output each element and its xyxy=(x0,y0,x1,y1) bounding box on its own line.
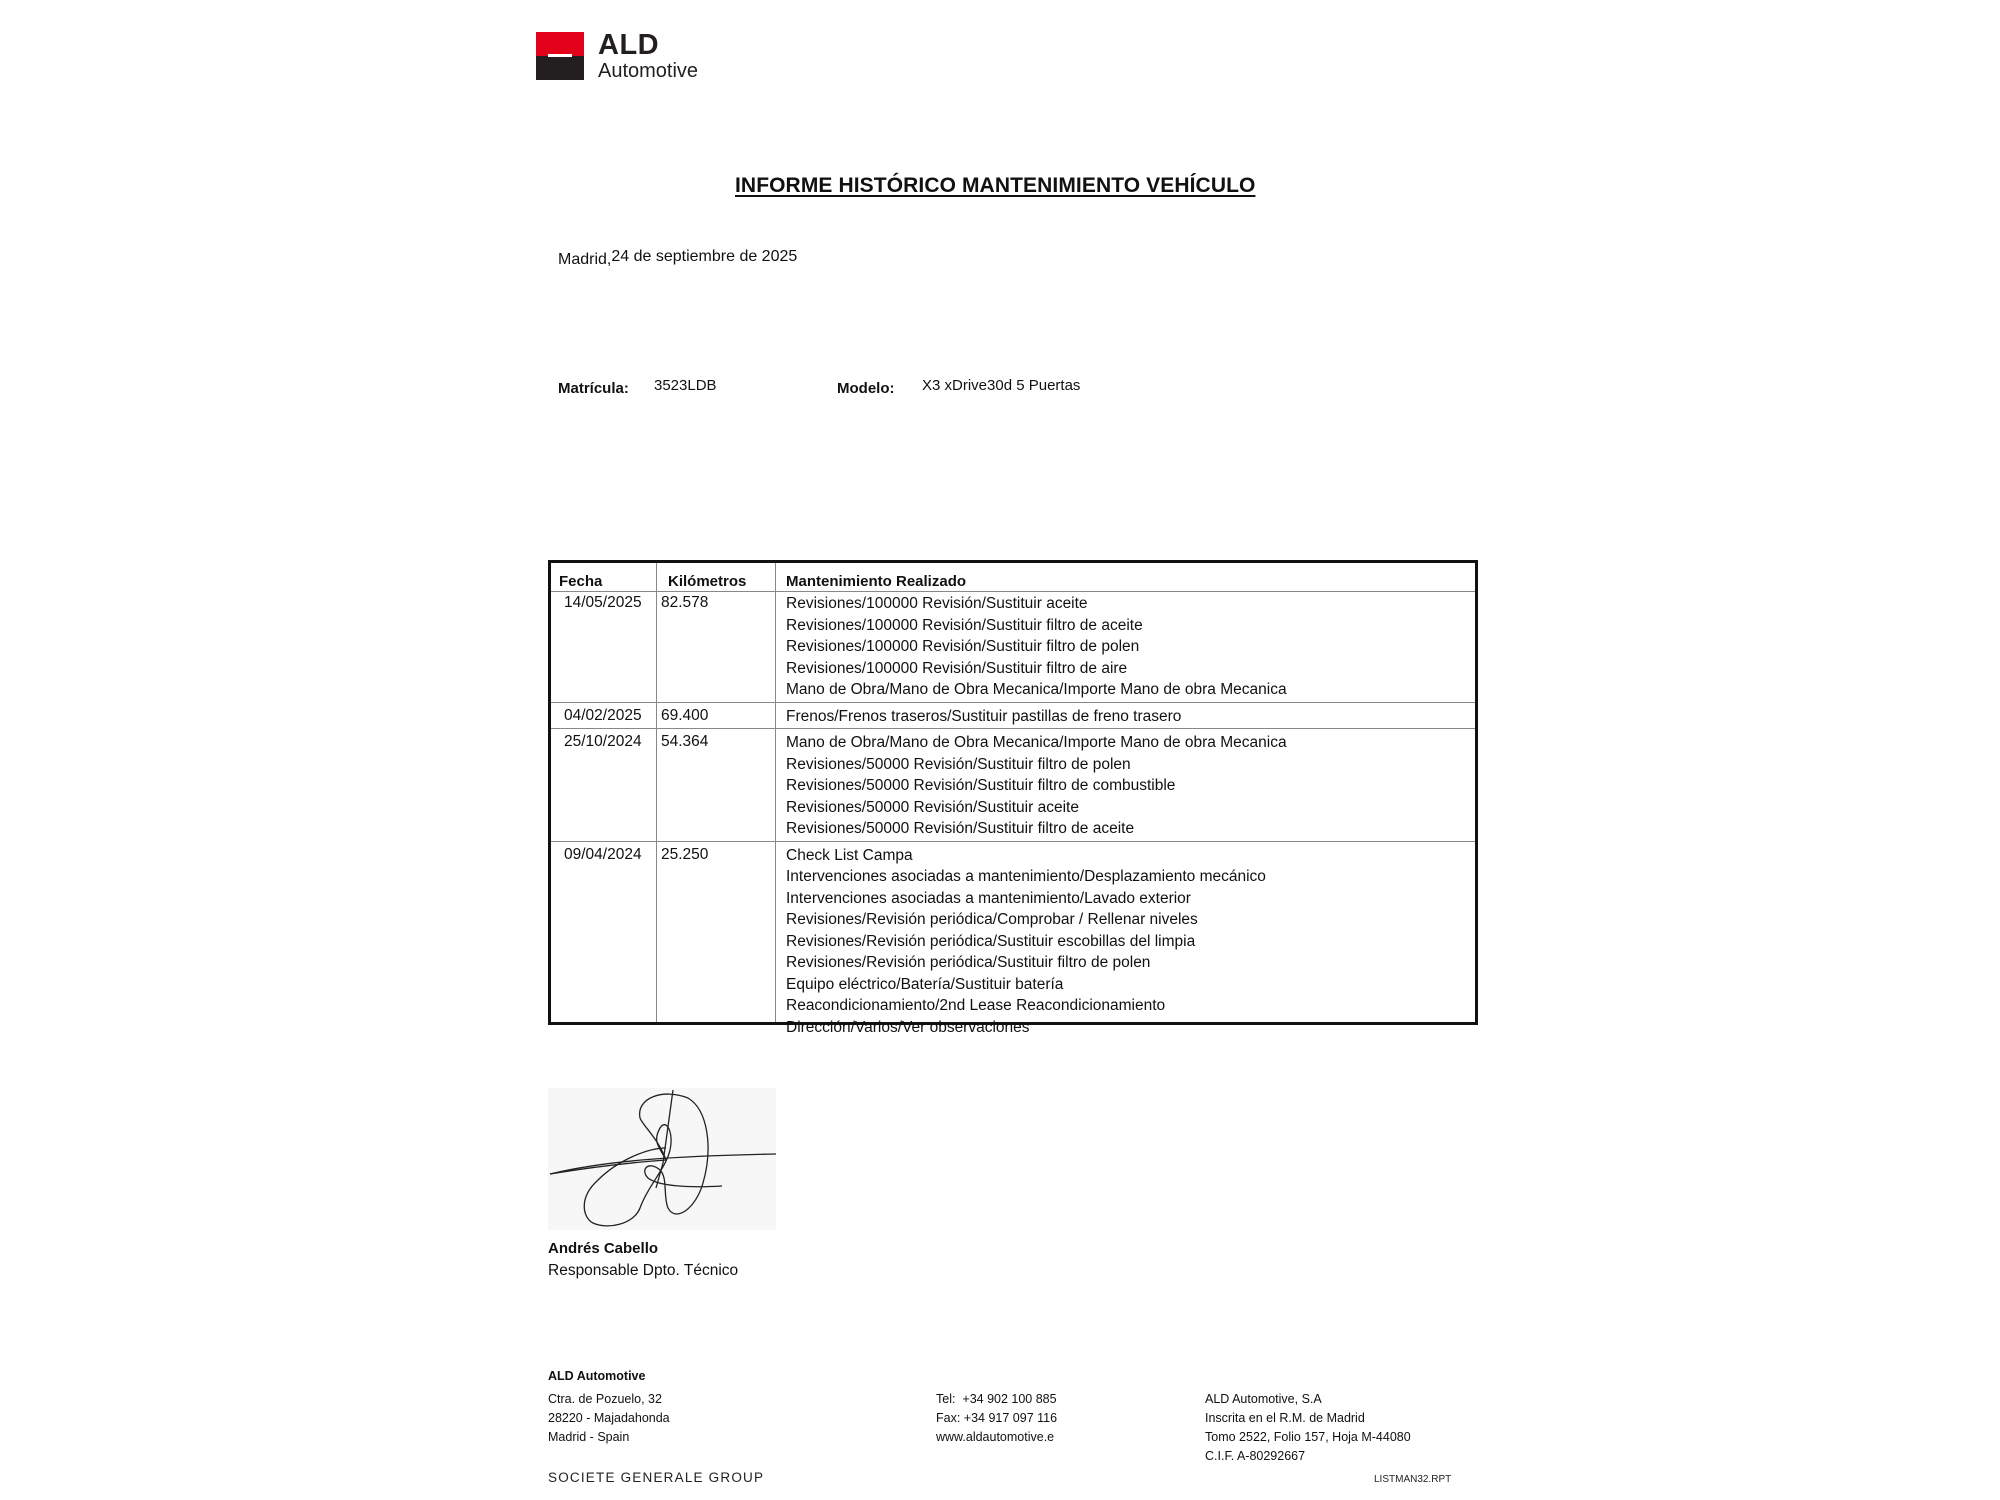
logo-text-ald: ALD xyxy=(598,29,659,61)
row-kilometers: 82.578 xyxy=(661,592,708,614)
societe-generale-mark-icon xyxy=(536,32,584,80)
maintenance-item: Revisiones/Revisión periódica/Comprobar … xyxy=(786,909,1266,931)
model-value: X3 xDrive30d 5 Puertas xyxy=(922,377,1080,394)
column-divider xyxy=(656,563,657,1022)
footer-contact: Tel: +34 902 100 885 Fax: +34 917 097 11… xyxy=(936,1390,1057,1447)
plate-label: Matrícula: xyxy=(558,380,629,397)
report-code: LISTMAN32.RPT xyxy=(1374,1474,1451,1485)
handwritten-signature-icon xyxy=(548,1088,776,1230)
maintenance-item: Check List Campa xyxy=(786,845,1266,867)
maintenance-item: Intervenciones asociadas a mantenimiento… xyxy=(786,888,1266,910)
column-divider xyxy=(775,563,776,1022)
maintenance-item: Equipo eléctrico/Batería/Sustituir bater… xyxy=(786,974,1266,996)
model-label: Modelo: xyxy=(837,380,895,397)
footer-address: Ctra. de Pozuelo, 32 28220 - Majadahonda… xyxy=(548,1390,670,1447)
footer-phone: Tel: +34 902 100 885 xyxy=(936,1390,1057,1409)
report-date: 24 de septiembre de 2025 xyxy=(611,248,797,265)
row-maintenance-items: Check List CampaIntervenciones asociadas… xyxy=(786,845,1266,1039)
societe-generale-group-label: SOCIETE GENERALE GROUP xyxy=(548,1470,764,1485)
row-date: 04/02/2025 xyxy=(564,705,642,727)
maintenance-item: Revisiones/100000 Revisión/Sustituir ace… xyxy=(786,593,1287,615)
maintenance-item: Revisiones/Revisión periódica/Sustituir … xyxy=(786,952,1266,974)
footer-fax: Fax: +34 917 097 116 xyxy=(936,1409,1057,1428)
maintenance-item: Dirección/Varios/Ver observaciones xyxy=(786,1017,1266,1039)
maintenance-item: Revisiones/50000 Revisión/Sustituir filt… xyxy=(786,754,1287,776)
maintenance-history-table: Fecha Kilómetros Mantenimiento Realizado… xyxy=(548,560,1478,1025)
signatory-role: Responsable Dpto. Técnico xyxy=(548,1262,738,1280)
row-kilometers: 54.364 xyxy=(661,731,708,753)
maintenance-item: Revisiones/100000 Revisión/Sustituir fil… xyxy=(786,658,1287,680)
row-date: 09/04/2024 xyxy=(564,844,642,866)
header-kilometros: Kilómetros xyxy=(668,573,746,590)
footer-website-link[interactable]: www.aldautomotive.e xyxy=(936,1428,1057,1447)
row-date: 25/10/2024 xyxy=(564,731,642,753)
signatory-name: Andrés Cabello xyxy=(548,1240,658,1257)
signature-image xyxy=(548,1088,776,1230)
row-maintenance-items: Revisiones/100000 Revisión/Sustituir ace… xyxy=(786,593,1287,701)
ald-automotive-logo: ALD Automotive xyxy=(536,32,714,82)
footer-company-name: ALD Automotive xyxy=(548,1369,645,1383)
report-date-line: Madrid,24 de septiembre de 2025 xyxy=(558,248,797,266)
row-maintenance-items: Frenos/Frenos traseros/Sustituir pastill… xyxy=(786,706,1181,728)
row-divider xyxy=(551,728,1475,729)
plate-value: 3523LDB xyxy=(654,377,717,394)
maintenance-item: Mano de Obra/Mano de Obra Mecanica/Impor… xyxy=(786,732,1287,754)
header-fecha: Fecha xyxy=(559,573,602,590)
maintenance-item: Revisiones/Revisión periódica/Sustituir … xyxy=(786,931,1266,953)
row-kilometers: 25.250 xyxy=(661,844,708,866)
row-kilometers: 69.400 xyxy=(661,705,708,727)
row-divider xyxy=(551,702,1475,703)
header-mantenimiento: Mantenimiento Realizado xyxy=(786,573,966,590)
maintenance-item: Revisiones/100000 Revisión/Sustituir fil… xyxy=(786,636,1287,658)
row-divider xyxy=(551,841,1475,842)
logo-text-automotive: Automotive xyxy=(598,60,698,82)
maintenance-item: Revisiones/100000 Revisión/Sustituir fil… xyxy=(786,615,1287,637)
maintenance-item: Revisiones/50000 Revisión/Sustituir acei… xyxy=(786,797,1287,819)
footer-legal: ALD Automotive, S.A Inscrita en el R.M. … xyxy=(1205,1390,1411,1466)
maintenance-item: Reacondicionamiento/2nd Lease Reacondici… xyxy=(786,995,1266,1017)
maintenance-item: Revisiones/50000 Revisión/Sustituir filt… xyxy=(786,775,1287,797)
maintenance-item: Revisiones/50000 Revisión/Sustituir filt… xyxy=(786,818,1287,840)
maintenance-item: Frenos/Frenos traseros/Sustituir pastill… xyxy=(786,706,1181,728)
maintenance-item: Intervenciones asociadas a mantenimiento… xyxy=(786,866,1266,888)
maintenance-item: Mano de Obra/Mano de Obra Mecanica/Impor… xyxy=(786,679,1287,701)
row-maintenance-items: Mano de Obra/Mano de Obra Mecanica/Impor… xyxy=(786,732,1287,840)
report-city: Madrid, xyxy=(558,251,611,268)
report-title: INFORME HISTÓRICO MANTENIMIENTO VEHÍCULO xyxy=(735,174,1255,198)
row-date: 14/05/2025 xyxy=(564,592,642,614)
